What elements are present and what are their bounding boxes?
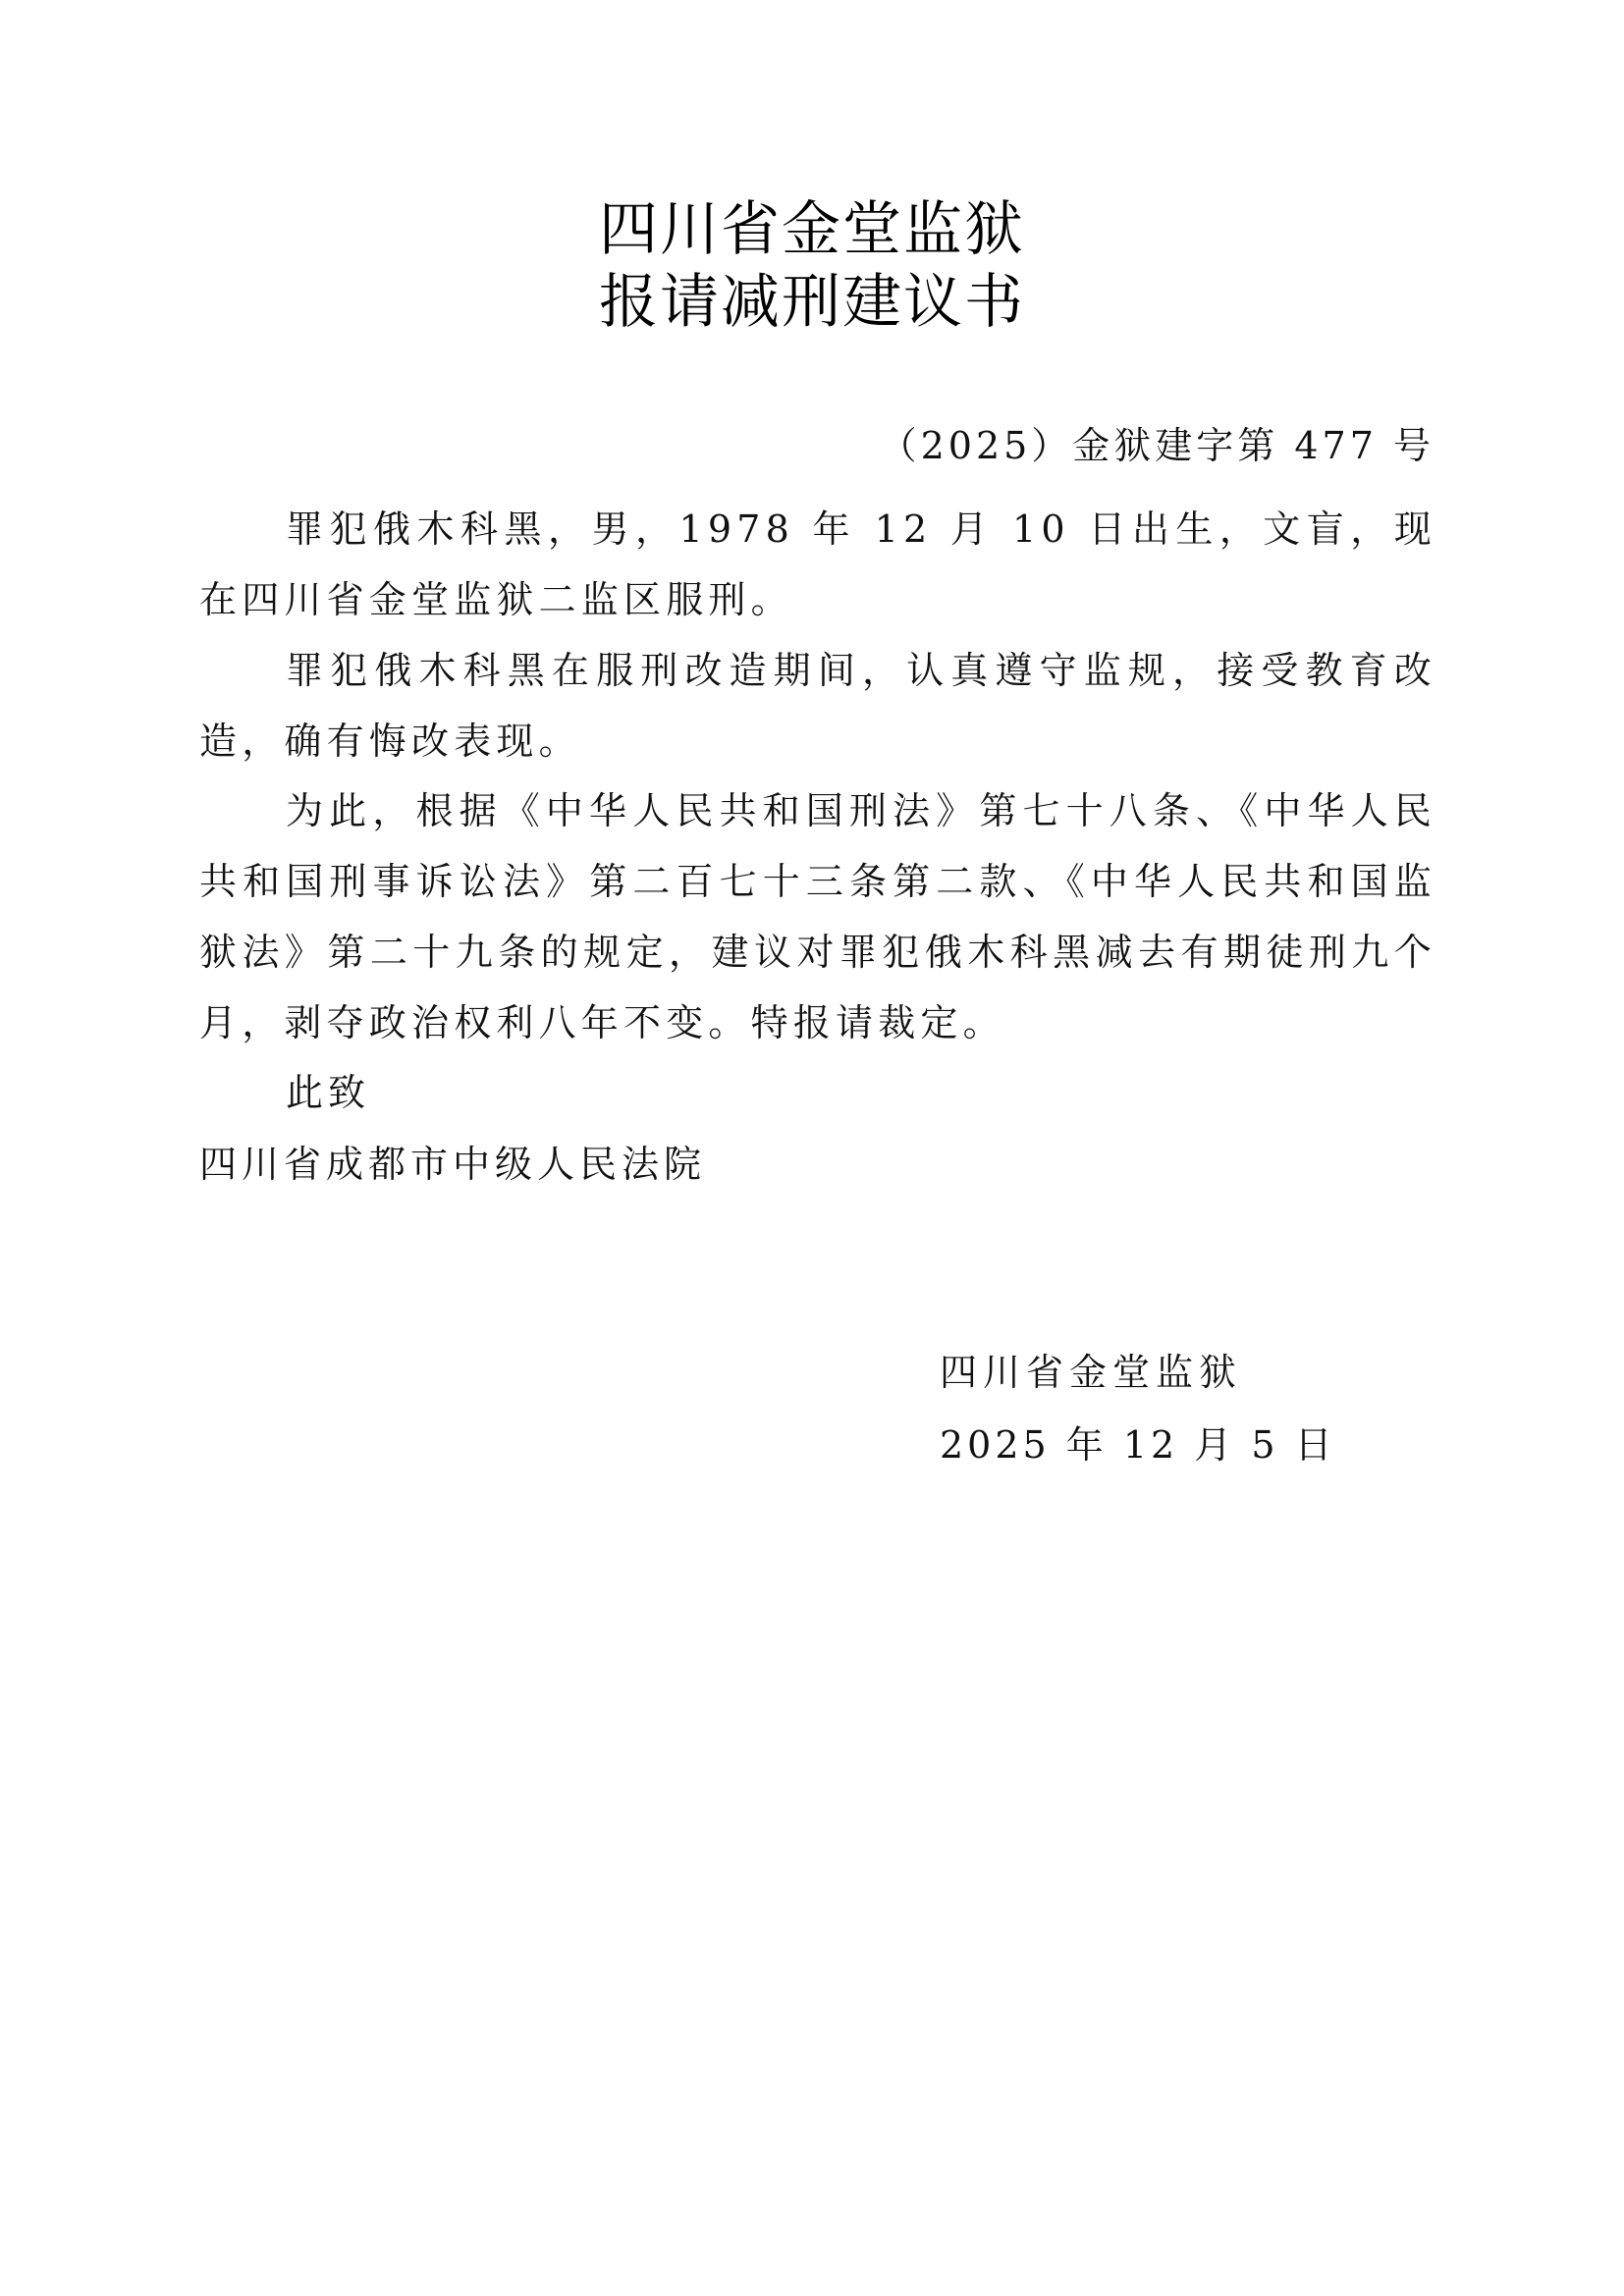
document-page: 四川省金堂监狱 报请减刑建议书 （2025）金狱建字第 477 号 罪犯俄木科黑… [0, 0, 1624, 2296]
paragraph-text: 为此，根据《中华人民共和国刑法》第七十八条、《中华人民共和国刑事诉讼法》第二百七… [199, 775, 1436, 1058]
document-title-line-2: 报请减刑建议书 [0, 267, 1624, 338]
paragraph-legal-basis: 为此，根据《中华人民共和国刑法》第七十八条、《中华人民共和国刑事诉讼法》第二百七… [199, 775, 1436, 1058]
document-title-line-1: 四川省金堂监狱 [0, 194, 1624, 265]
salutation: 此致 [286, 1057, 370, 1128]
paragraph-text: 罪犯俄木科黑在服刑改造期间，认真遵守监规，接受教育改造，确有悔改表现。 [199, 635, 1436, 776]
recipient-court: 四川省成都市中级人民法院 [199, 1129, 706, 1200]
paragraph-inmate-info: 罪犯俄木科黑，男，1978 年 12 月 10 日出生，文盲，现在四川省金堂监狱… [199, 494, 1436, 635]
signing-date: 2025 年 12 月 5 日 [940, 1410, 1336, 1480]
document-number: （2025）金狱建字第 477 号 [880, 418, 1435, 473]
paragraph-behavior: 罪犯俄木科黑在服刑改造期间，认真遵守监规，接受教育改造，确有悔改表现。 [199, 635, 1436, 776]
paragraph-text: 罪犯俄木科黑，男，1978 年 12 月 10 日出生，文盲，现在四川省金堂监狱… [199, 494, 1436, 635]
signing-authority: 四川省金堂监狱 [940, 1337, 1242, 1408]
